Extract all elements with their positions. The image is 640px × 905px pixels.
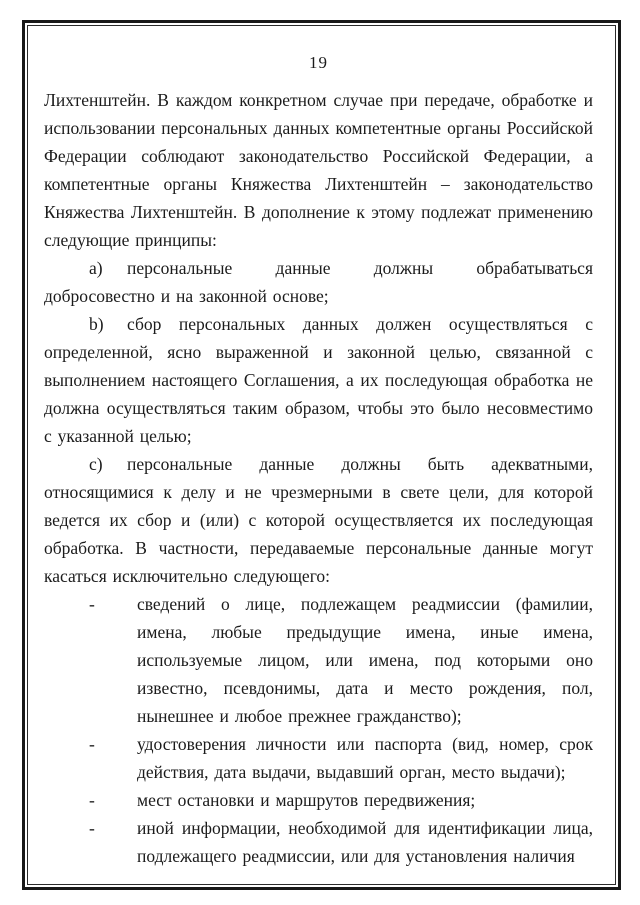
dash-list-item-2-text: удостоверения личности или паспорта (вид… (137, 734, 593, 782)
scanned-document-page: 19 Лихтенштейн. В каждом конкретном случ… (0, 0, 640, 905)
dash-list-item-3: -мест остановки и маршрутов передвижения… (137, 786, 593, 814)
list-item-b-label: b) (89, 310, 127, 338)
page-number: 19 (44, 53, 593, 73)
list-item-c-text: персональные данные должны быть адекватн… (44, 454, 593, 586)
dash-marker: - (89, 590, 109, 618)
list-item-a: a)персональные данные должны обрабатыват… (44, 254, 593, 310)
dash-list-item-4-text: иной информации, необходимой для идентиф… (137, 818, 593, 866)
dash-list-item-2: -удостоверения личности или паспорта (ви… (137, 730, 593, 786)
paragraph-intro: Лихтенштейн. В каждом конкретном случае … (44, 86, 593, 254)
list-item-c: c)персональные данные должны быть адеква… (44, 450, 593, 590)
list-item-b-text: сбор персональных данных должен осуществ… (44, 314, 593, 446)
list-item-a-label: a) (89, 254, 127, 282)
dash-list-item-1: -сведений о лице, подлежащем реадмиссии … (137, 590, 593, 730)
dash-list-item-4: -иной информации, необходимой для иденти… (137, 814, 593, 870)
list-item-b: b)сбор персональных данных должен осущес… (44, 310, 593, 450)
dash-marker: - (89, 814, 109, 842)
dash-list-item-1-text: сведений о лице, подлежащем реадмиссии (… (137, 594, 593, 726)
dash-list-item-3-text: мест остановки и маршрутов передвижения; (137, 790, 475, 810)
list-item-a-text: персональные данные должны обрабатыватьс… (44, 258, 593, 306)
list-item-c-label: c) (89, 450, 127, 478)
dash-marker: - (89, 730, 109, 758)
page-border-outer: 19 Лихтенштейн. В каждом конкретном случ… (22, 20, 621, 890)
page-content: 19 Лихтенштейн. В каждом конкретном случ… (28, 26, 615, 884)
page-border-inner: 19 Лихтенштейн. В каждом конкретном случ… (27, 25, 616, 885)
dash-marker: - (89, 786, 109, 814)
